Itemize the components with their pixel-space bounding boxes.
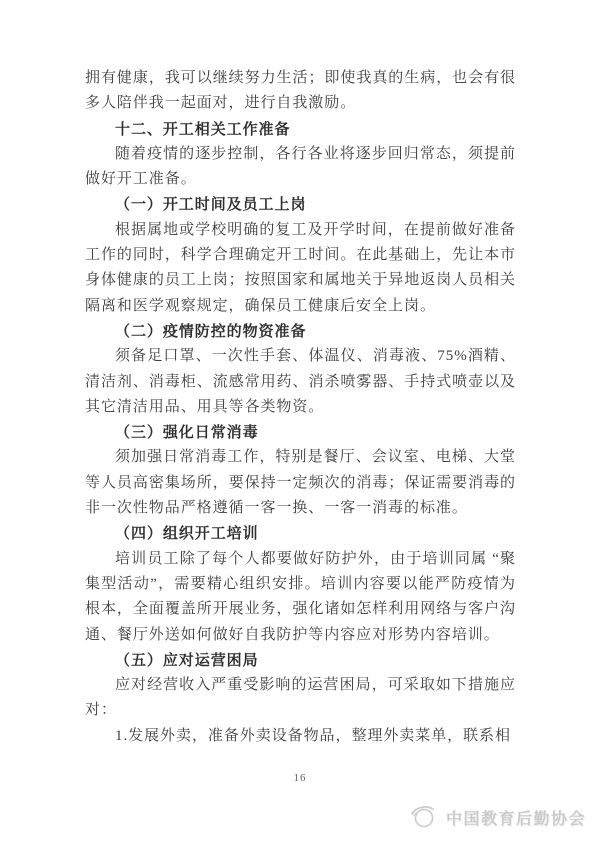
association-logo-icon (410, 804, 436, 830)
page-number: 16 (0, 772, 600, 784)
paragraph-sub5: 应对经营收入严重受影响的运营困局，可采取如下措施应对： (85, 673, 516, 724)
paragraph-sub2: 须备足口罩、一次性手套、体温仪、消毒液、75%酒精、清洁剂、消毒柜、流感常用药、… (85, 344, 516, 420)
footer-watermark-text: 中国教育后勤协会 (446, 806, 586, 829)
footer-watermark: 中国教育后勤协会 (410, 804, 586, 830)
document-page: 拥有健康，我可以继续努力生活；即使我真的生病，也会有很多人陪伴我一起面对，进行自… (0, 0, 600, 847)
document-body: 拥有健康，我可以继续努力生活；即使我真的生病，也会有很多人陪伴我一起面对，进行自… (85, 66, 516, 749)
subsection-heading-1: （一）开工时间及员工上岗 (85, 192, 516, 217)
paragraph-carryover: 拥有健康，我可以继续努力生活；即使我真的生病，也会有很多人陪伴我一起面对，进行自… (85, 66, 516, 117)
subsection-heading-2: （二）疫情防控的物资准备 (85, 319, 516, 344)
subsection-heading-4: （四）组织开工培训 (85, 521, 516, 546)
paragraph-sub1: 根据属地或学校明确的复工及开学时间，在提前做好准备工作的同时，科学合理确定开工时… (85, 218, 516, 319)
paragraph-section12: 随着疫情的逐步控制，各行各业将逐步回归常态，须提前做好开工准备。 (85, 142, 516, 193)
subsection-heading-3: （三）强化日常消毒 (85, 420, 516, 445)
paragraph-sub3: 须加强日常消毒工作，特别是餐厅、会议室、电梯、大堂等人员高密集场所，要保持一定频… (85, 445, 516, 521)
paragraph-list-item-1: 1.发展外卖，准备外卖设备物品，整理外卖菜单，联系相 (85, 724, 516, 749)
paragraph-sub4: 培训员工除了每个人都要做好防护外，由于培训同属 “聚集型活动”，需要精心组织安排… (85, 547, 516, 648)
section-heading-12: 十二、开工相关工作准备 (85, 117, 516, 142)
subsection-heading-5: （五）应对运营困局 (85, 648, 516, 673)
